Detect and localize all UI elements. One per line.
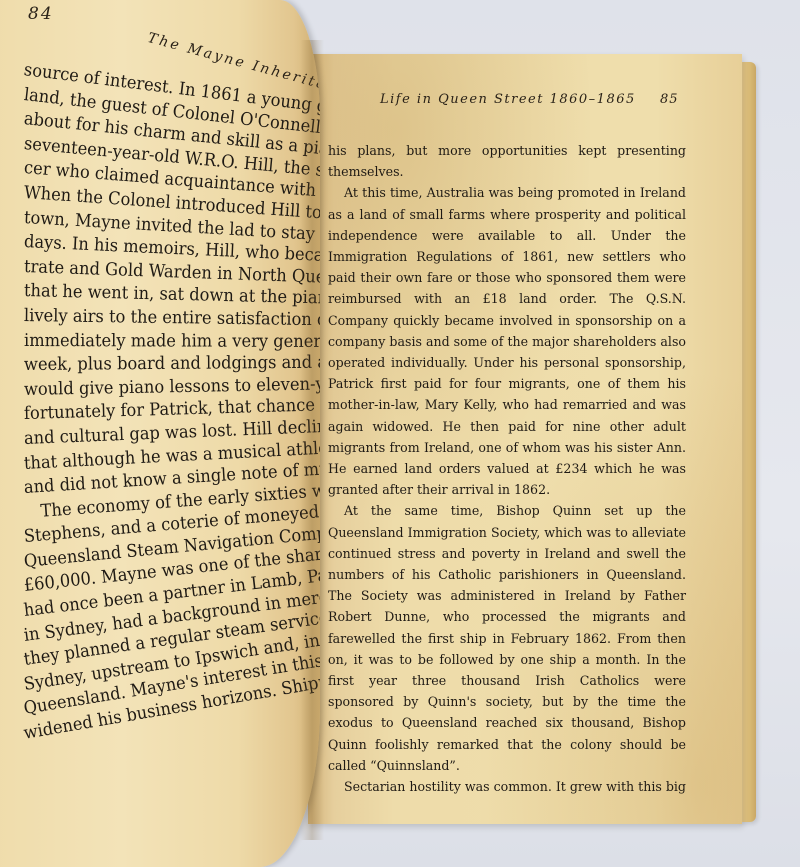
paragraph: Sectarian hostility was common. It grew … — [328, 776, 686, 797]
right-page-body: his plans, but more opportunities kept p… — [328, 140, 686, 797]
text-line: lively airs to the entire satisfaction o… — [24, 304, 294, 332]
paragraph: At this time, Australia was being promot… — [328, 182, 686, 500]
left-page-body: source of interest. In 1861 a young gent… — [24, 58, 314, 747]
paragraph: his plans, but more opportunities kept p… — [328, 140, 686, 182]
open-book: Life in Queen Street 1860–1865 85 his pl… — [0, 0, 800, 867]
right-running-title: Life in Queen Street 1860–1865 — [380, 92, 636, 107]
text-line: immediately made him a very generous off… — [24, 329, 294, 354]
left-page-number: 84 — [28, 4, 54, 24]
paragraph: At the same time, Bishop Quinn set up th… — [328, 500, 686, 776]
right-page-header: Life in Queen Street 1860–1865 85 — [308, 92, 742, 112]
left-page: 84 The Mayne Inheritance source of inter… — [0, 0, 320, 867]
right-page-number: 85 — [660, 92, 679, 107]
right-page: Life in Queen Street 1860–1865 85 his pl… — [308, 54, 742, 824]
